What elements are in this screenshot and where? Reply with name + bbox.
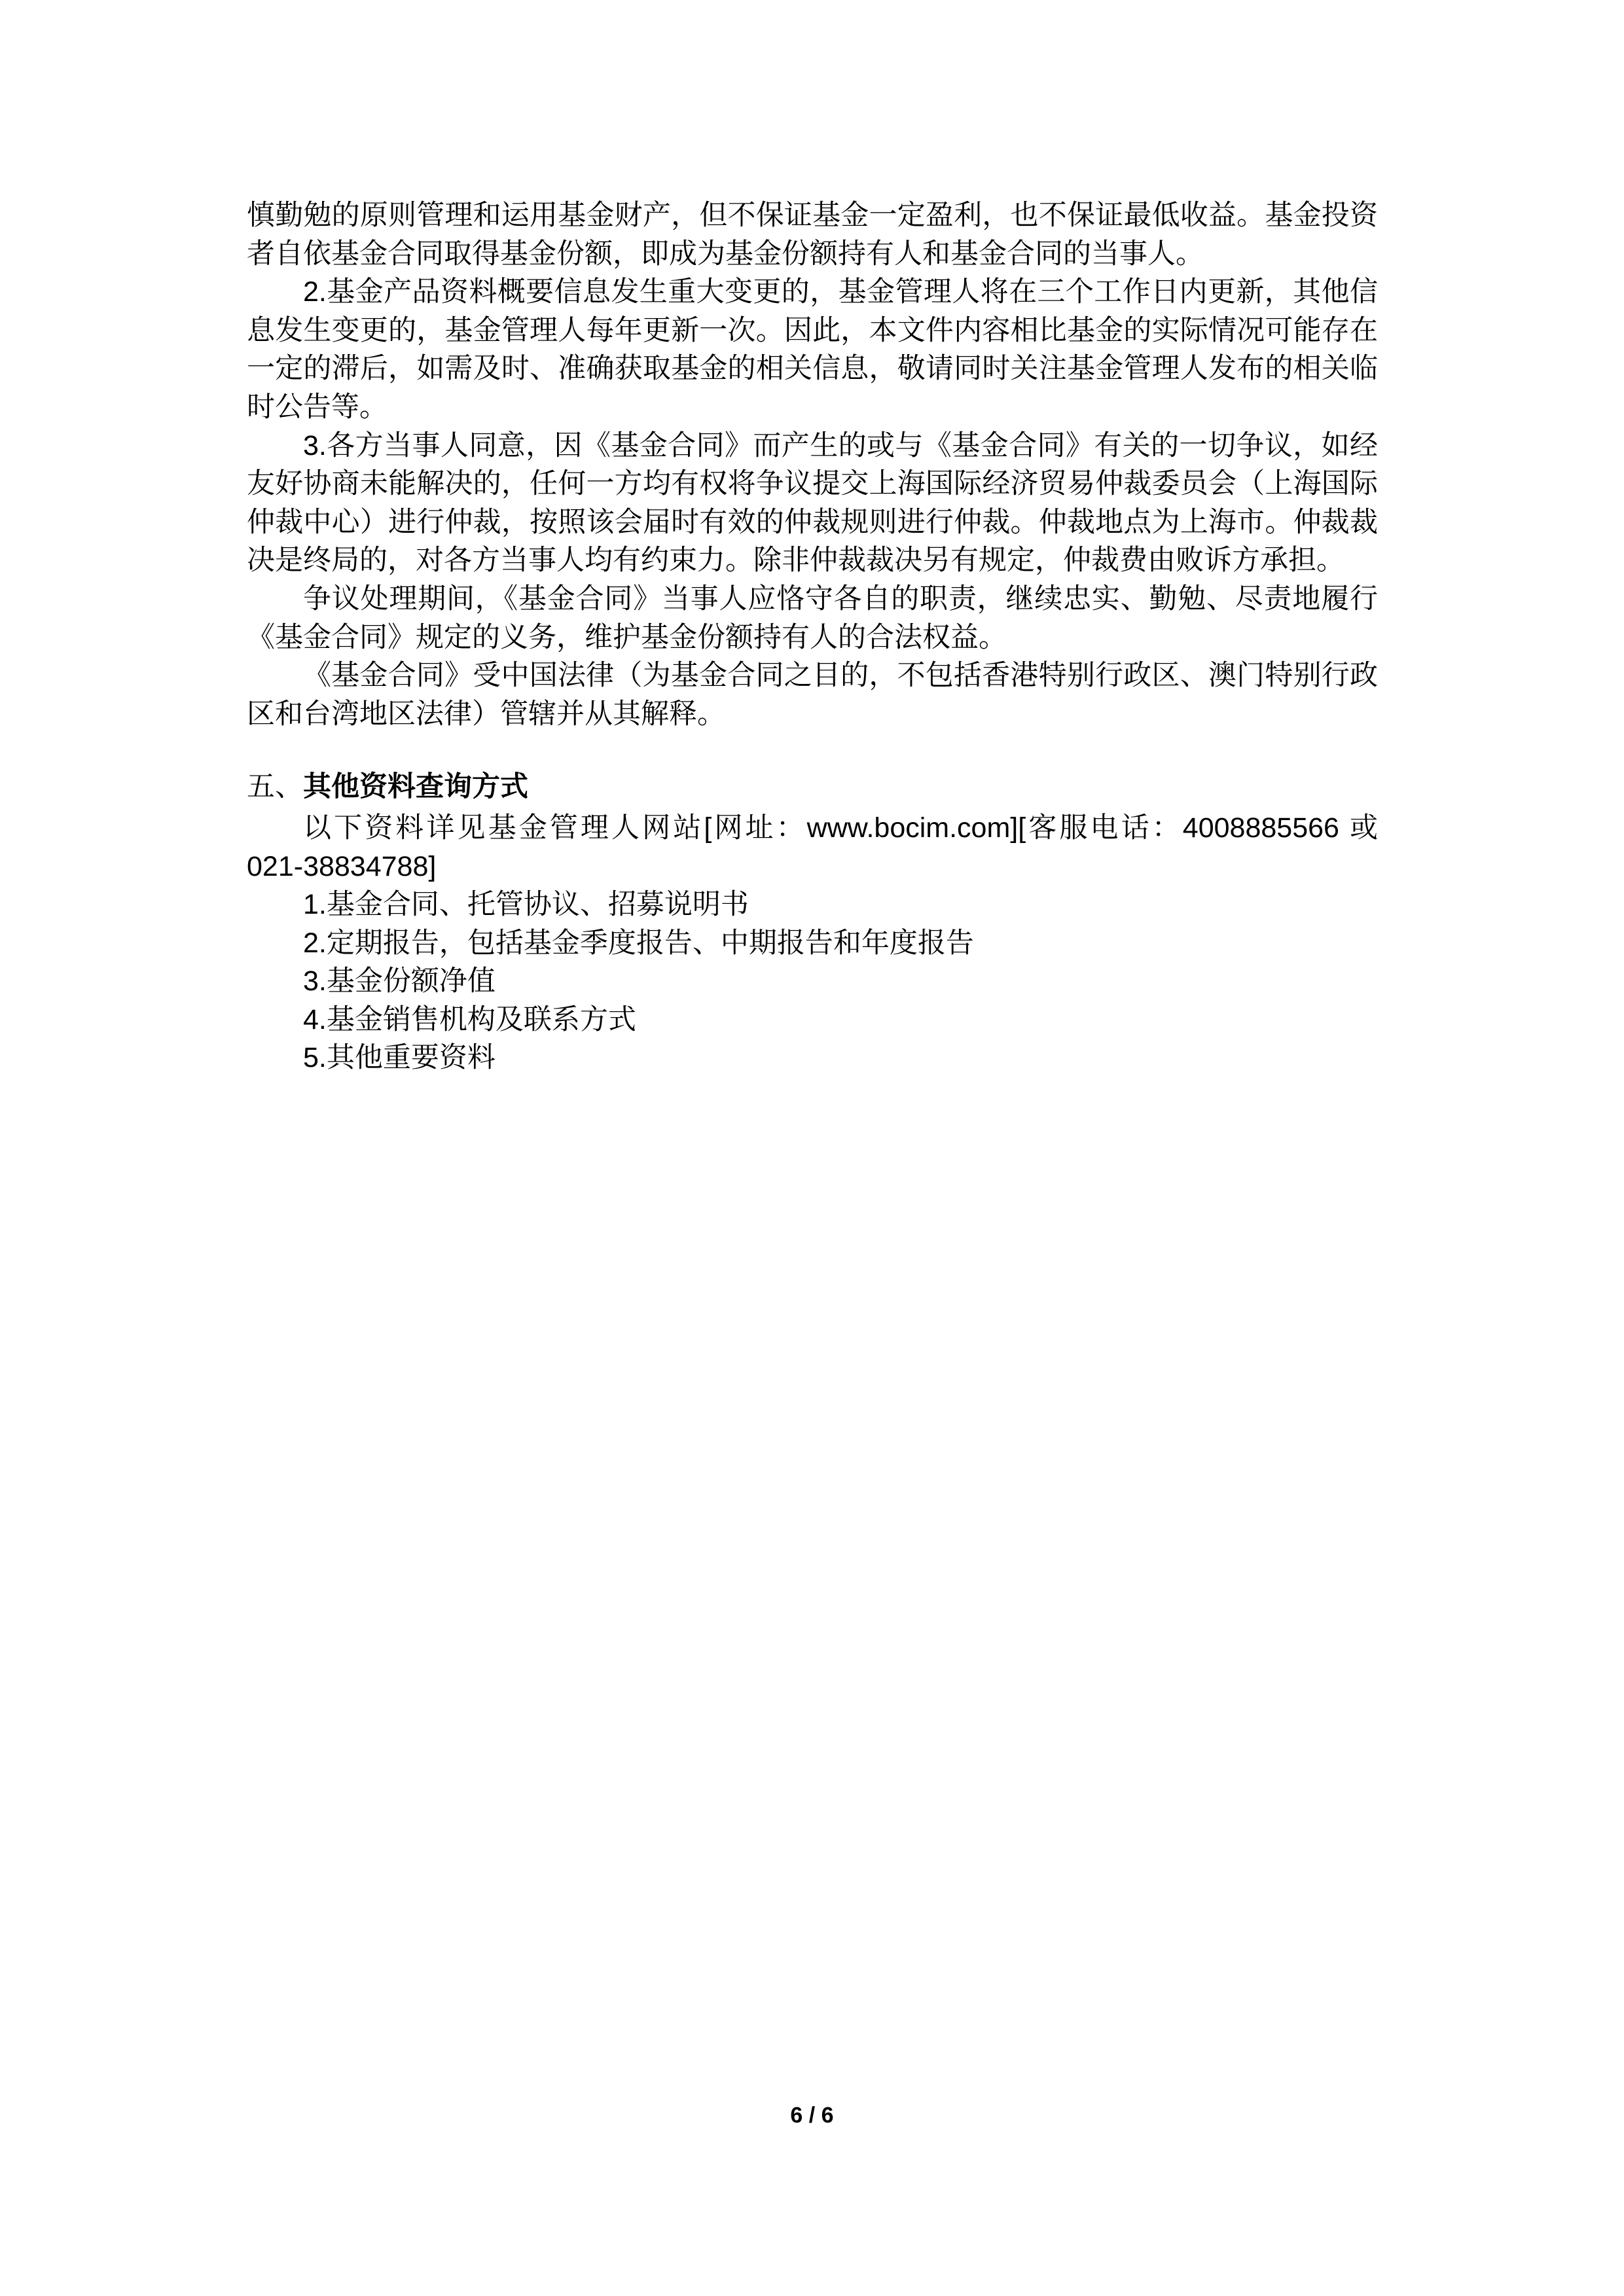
list-item: 1.基金合同、托管协议、招募说明书 xyxy=(247,886,1378,924)
access-info-line: 021-38834788] xyxy=(247,848,1378,886)
section-number: 五、 xyxy=(247,771,303,802)
page-number: 6 / 6 xyxy=(790,2103,833,2128)
list-item: 3.基金份额净值 xyxy=(247,962,1378,1001)
body-paragraph: 争议处理期间，《基金合同》当事人应恪守各自的职责，继续忠实、勤勉、尽责地履行《基… xyxy=(247,580,1378,656)
document-page: 慎勤勉的原则管理和运用基金财产，但不保证基金一定盈利，也不保证最低收益。基金投资… xyxy=(0,0,1624,2296)
body-paragraph: 2.基金产品资料概要信息发生重大变更的，基金管理人将在三个工作日内更新，其他信息… xyxy=(247,273,1378,426)
access-info-line: 以下资料详见基金管理人网站[网址：www.bocim.com][客服电话：400… xyxy=(247,809,1378,848)
list-item: 5.其他重要资料 xyxy=(247,1039,1378,1077)
body-paragraph: 3.各方当事人同意，因《基金合同》而产生的或与《基金合同》有关的一切争议，如经友… xyxy=(247,427,1378,580)
list-item: 4.基金销售机构及联系方式 xyxy=(247,1001,1378,1039)
page-footer: 6 / 6 xyxy=(0,2102,1624,2129)
body-paragraph: 慎勤勉的原则管理和运用基金财产，但不保证基金一定盈利，也不保证最低收益。基金投资… xyxy=(247,196,1378,273)
section-title: 其他资料查询方式 xyxy=(303,771,528,802)
document-content: 慎勤勉的原则管理和运用基金财产，但不保证基金一定盈利，也不保证最低收益。基金投资… xyxy=(247,196,1378,1077)
section-heading: 五、其他资料查询方式 xyxy=(247,768,1378,806)
body-paragraph: 《基金合同》受中国法律（为基金合同之目的，不包括香港特别行政区、澳门特别行政区和… xyxy=(247,656,1378,733)
list-item: 2.定期报告，包括基金季度报告、中期报告和年度报告 xyxy=(247,924,1378,963)
